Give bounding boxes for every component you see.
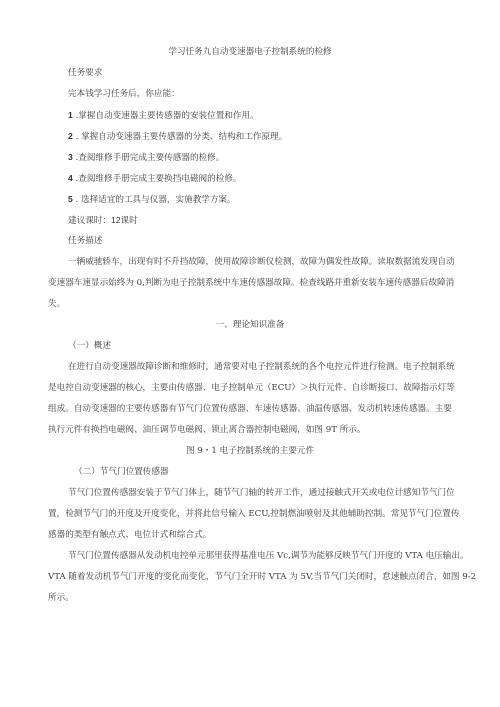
throttle-para2-line-1: 节气门位置传感器从发动机电控单元那里获得基准电压 Vc,调节为能够反映节气门开度… — [68, 550, 469, 562]
hours-label: 建议课时： — [68, 216, 111, 226]
requirements-heading: 任务要求 — [68, 67, 102, 79]
throttle-para1-line-2: 置，检测节气门的开度及开度变化，并将此信号输入 ECU,控制燃油喷射及其他辅助控… — [48, 508, 460, 520]
overview-line-4: 执行元件有换挡电磁阀、油压调节电磁阀、锁止离合器控制电磁阀，如图 9T 所示。 — [48, 424, 365, 436]
hours-unit: 课时 — [121, 216, 138, 226]
document-title: 学习任务九自动变速器电子控制系统的检修 — [0, 46, 500, 58]
overview-line-2: 是电控自动变速器的核心，主要由传感器、电子控制单元（ECU）＞执行元件、自诊断接… — [48, 382, 455, 394]
requirement-item-4: 4 .查阅维修手册完成主要换挡电磁阀的检修。 — [68, 172, 242, 185]
overview-line-3: 组成。自动变速器的主要传感器有节气门位置传感器、车速传感器、油温传感器、发动机转… — [48, 403, 452, 415]
description-heading: 任务描述 — [68, 235, 102, 247]
description-line-3: 失。 — [48, 298, 65, 310]
figure-caption: 图 9・1 电子控制系统的主要元件 — [0, 445, 500, 457]
item-text: .查阅维修手册完成主要换挡电磁阀的检修。 — [73, 174, 242, 184]
requirement-item-3: 3 .查阅维修手册完成主要传感器的检修。 — [68, 151, 224, 164]
section-heading: 一、理论知识准备 — [0, 319, 500, 331]
requirement-item-5: 5 . 选择适宜的工具与仪器，实施教学方案。 — [68, 193, 236, 206]
item-text: . 掌握自动变速器主要传感器的分类、结构和工作原理。 — [73, 132, 287, 142]
subsection-heading-throttle: （二）节气门位置传感器 — [74, 466, 169, 478]
throttle-para1-line-3: 感器的类型有触点式、电位计式和综合式。 — [48, 529, 211, 541]
subsection-heading-overview: （一）概述 — [68, 340, 111, 352]
requirements-intro: 完本钱学习任务后，你应能： — [68, 88, 180, 100]
suggested-hours: 建议课时：12课时 — [68, 214, 138, 227]
description-line-2: 变速器车速显示始终为 0,判断为电子控制系统中车速传感器故障。检查线路并重新安装… — [48, 277, 454, 289]
requirement-item-2: 2 . 掌握自动变速器主要传感器的分类、结构和工作原理。 — [68, 130, 287, 143]
description-line-1: 一辆威驰轿车，出现有时不升挡故障，使用故障诊断仪检测，故障为偶发性故障。读取数据… — [68, 256, 455, 268]
throttle-para1-line-1: 节气门位置传感器安装于节气门体上，随节气门轴的转开工作，通过接触式开关或电位计感… — [68, 487, 455, 499]
throttle-para2-line-3: 所示。 — [48, 592, 74, 604]
requirement-item-1: 1 .掌握自动变速器主要传感器的安装位置和作用。 — [68, 109, 259, 122]
item-text: .查阅维修手册完成主要传感器的检修。 — [73, 153, 225, 163]
throttle-para2-line-2: VTA 随着发动机节气门开度的变化而变化，节气门全开时 VTA 为 5V,当节气… — [48, 571, 476, 583]
hours-value: 12 — [111, 215, 121, 225]
overview-line-1: 在进行自动变速器故障诊断和维修时，通常要对电子控制系统的各个电控元件进行检测。电… — [68, 361, 455, 373]
item-text: . 选择适宜的工具与仪器，实施教学方案。 — [73, 195, 236, 205]
item-text: .掌握自动变速器主要传感器的安装位置和作用。 — [73, 111, 259, 121]
